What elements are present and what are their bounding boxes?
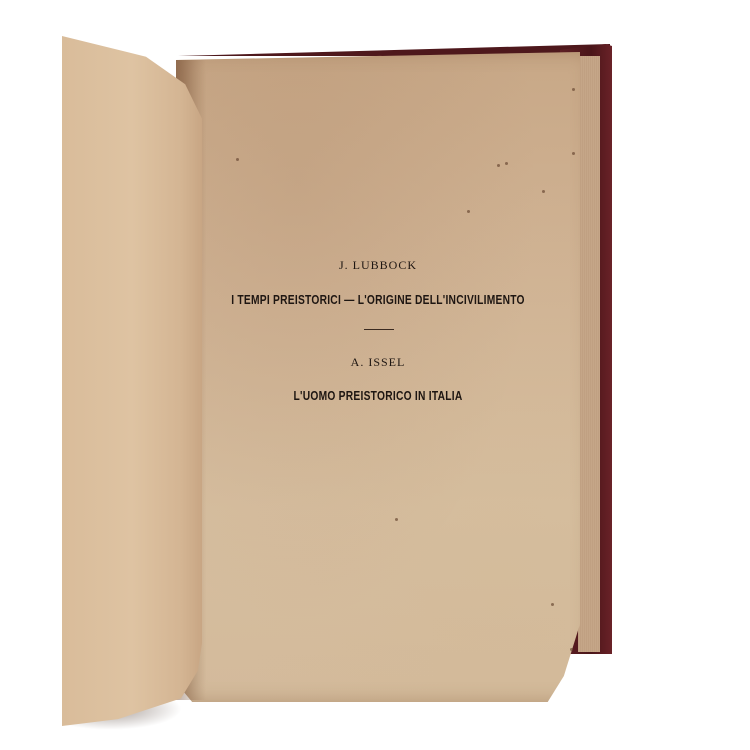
title-page bbox=[176, 52, 580, 702]
paper-speck bbox=[551, 603, 554, 606]
paper-speck bbox=[395, 518, 398, 521]
left-page-curl bbox=[62, 36, 202, 726]
paper-speck bbox=[572, 88, 575, 91]
title-tempi-preistorici: I TEMPI PREISTORICI — L'ORIGINE DELL'INC… bbox=[212, 293, 543, 307]
divider-rule bbox=[364, 329, 394, 330]
title-uomo-preistorico: L'UOMO PREISTORICO IN ITALIA bbox=[212, 389, 543, 403]
page-stack-edges bbox=[578, 56, 600, 652]
book-photo: J. LUBBOCK I TEMPI PREISTORICI — L'ORIGI… bbox=[0, 0, 750, 750]
author-lubbock: J. LUBBOCK bbox=[176, 258, 580, 273]
paper-speck bbox=[236, 158, 239, 161]
paper-speck bbox=[570, 648, 573, 651]
paper-speck bbox=[497, 164, 500, 167]
paper-speck bbox=[505, 162, 508, 165]
paper-speck bbox=[467, 210, 470, 213]
paper-speck bbox=[542, 190, 545, 193]
author-issel: A. ISSEL bbox=[176, 355, 580, 370]
paper-speck bbox=[572, 152, 575, 155]
